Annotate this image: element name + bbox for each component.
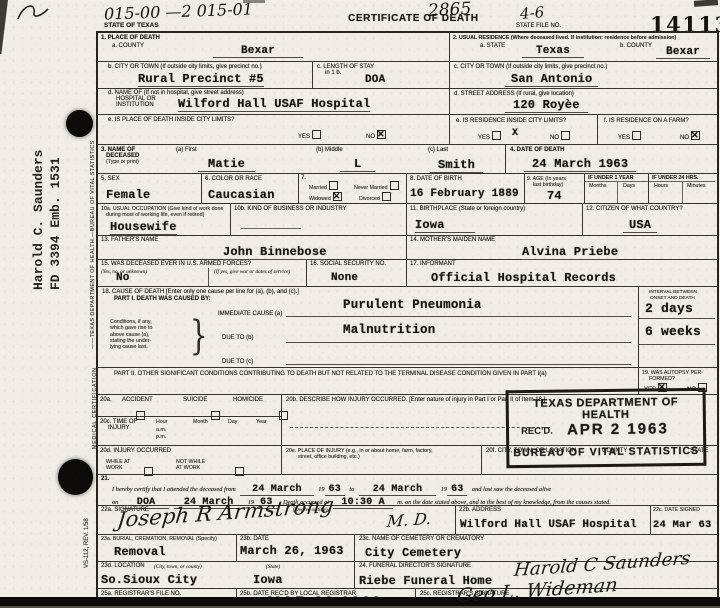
field-street-address: d. STREET ADDRESS (If rural, give locati… [450,89,716,114]
field-usual-occupation: 10a. USUAL OCCUPATION (Give kind of work… [98,204,231,235]
part2-label: PART II. OTHER SIGNIFICANT CONDITIONS CO… [114,371,629,378]
no-option: NO [366,130,388,141]
interval-a-value: 2 days [645,301,693,316]
yes-checkbox [632,131,641,140]
field-city-or-town-death: b. CITY OR TOWN (If outside city limits,… [98,62,313,88]
field-sex: 5. SEX Female [98,174,202,203]
handwritten-file-codes: 015-00 —2 015-01 [104,0,254,24]
suicide-label: SUICIDE [183,397,207,404]
field-if-under-24-hrs: IF UNDER 24 HRS. Hours Minutes [649,174,715,203]
no-label: NO [680,135,689,141]
field-number: 21. [101,476,109,483]
street-address-value: 120 Royèe [505,98,588,113]
field-death-inside-city-limits: e. IS PLACE OF DEATH INSIDE CITY LIMITS?… [98,115,450,144]
minutes-label: Minutes [687,183,706,189]
mother-value: Alvina Priebe [522,245,618,260]
field-label: 5. SEX [101,176,120,183]
no-option: NO [550,131,572,142]
edge-mark [0,0,9,54]
informant-value: Official Hospital Records [431,271,616,285]
sex-value: Female [106,188,150,202]
never-married-checkbox [390,181,399,190]
field-label: 1. PLACE OF DEATH [101,35,160,42]
age-value: 74 [547,189,562,203]
field-label-3: INSTITUTION [116,102,154,109]
field-label-2: in 1 b. [325,70,341,77]
state-of-texas-label: STATE OF TEXAS [104,22,159,30]
embalmer-stamp-text: Harold C. Saunders FD 3394 Emb. 1531 [30,120,64,290]
field-place-of-injury: 20e. PLACE OF INJURY (e.g., in or about … [282,446,482,474]
field-label-2: street, office building, etc.) [298,454,360,460]
field-label: 13. FATHER'S NAME [101,237,158,244]
sub-label-2: (If yes, give war or dates of service) [214,269,290,275]
year-label: Year [256,419,267,425]
county-value: Bexar [656,46,710,59]
hour-label: Hour [156,419,167,425]
father-value: John Binnebose [223,245,327,260]
widowed-option: Widowed [309,192,344,202]
cemetery-value: City Cemetery [365,546,461,560]
yes-option: YES [618,131,643,142]
race-value: Caucasian [208,188,275,202]
middle-name-value: L [340,157,375,172]
birthplace-value: Iowa [415,218,475,233]
field-label: b. CITY OR TOWN (If outside city limits,… [108,64,262,71]
last-name-value: Smith [430,158,483,173]
field-mothers-maiden-name: 14. MOTHER'S MAIDEN NAME Alvina Priebe [407,236,715,259]
while-at-work-option: WHILE ATWORK [106,459,130,472]
sub-label: a. STATE [480,43,505,50]
first-name-label: (a) First [176,147,197,154]
immediate-cause-label: IMMEDIATE CAUSE (a) [218,311,282,318]
hospital-value: Wilford Hall USAF Hospital [178,97,370,112]
sub-label: a. COUNTY [112,43,144,50]
stamp-line-1: TEXAS DEPARTMENT OF HEALTH [509,396,703,422]
field-informant: 17. INFORMANT Official Hospital Records [407,260,714,286]
field-date-of-death: 4. DATE OF DEATH 24 March 1963 [506,145,715,173]
first-name-value: Matie [198,157,255,172]
certify-text: on [112,499,118,506]
never-married-label: Never Married [354,185,388,191]
field-label: 16. SOCIAL SECURITY NO. [310,261,386,268]
no-checkbox [377,130,386,139]
location-city-value: So.Sioux City [101,573,197,587]
no-label: NO [550,135,559,141]
divorced-label: Divorced [359,196,380,202]
field-label: 17. INFORMANT [410,261,456,268]
field-residence-on-farm: f. IS RESIDENCE ON A FARM? YES NO [598,115,716,144]
field-label: 22c. DATE SIGNED [653,507,700,513]
field-label: 14. MOTHER'S MAIDEN NAME [410,237,495,244]
no-checkbox [691,131,700,140]
embalmer-number: FD 3394 Emb. 1531 [47,120,64,290]
field-label: 11. BIRTHPLACE (State or foreign country… [410,206,525,213]
stamp-date: APR 2 1963 [567,420,669,438]
while-at-work-label-2: WORK [106,465,122,471]
field-date-of-birth: 8. DATE OF BIRTH 16 February 1889 [407,174,525,203]
field-label-2: last birthday) [533,182,563,188]
field-label: 2. USUAL RESIDENCE (Where deceased lived… [453,35,676,41]
field-disposition-date: 23b. DATE March 26, 1963 [237,535,355,561]
field-certify-statement: 21. I hereby certify that I attended the… [98,475,715,505]
city-value: Rural Precinct #5 [138,72,264,87]
yes-option: YES [478,131,503,142]
sub-label: b. COUNTY [620,43,652,50]
no-option: NO [680,131,702,142]
married-label: Married [309,185,327,191]
field-label: 23d. LOCATION [101,563,145,570]
field-name-of-deceased: 3. NAME OF DECEASED (Type or print) (a) … [98,145,506,173]
field-disposition-location: 23d. LOCATION (City, town, or county) (S… [98,562,355,588]
part1-label: PART I. DEATH WAS CAUSED BY: [114,296,211,303]
field-accident-suicide-homicide: 20a. ACCIDENT SUICIDE HOMICIDE [98,395,281,417]
brace: } [190,313,208,359]
field-interval-onset-death: INTERVAL BETWEEN ONSET AND DEATH 2 days … [639,287,715,367]
field-place-of-death: 1. PLACE OF DEATH a. COUNTY Bexar [98,33,450,61]
no-checkbox [561,131,570,140]
field-cause-of-death: 18. CAUSE OF DEATH [Enter only one cause… [98,287,639,367]
field-label: 23c. NAME OF CEMETERY OR CREMATORY [359,536,484,543]
field-birthplace: 11. BIRTHPLACE (State or foreign country… [407,204,583,235]
divorced-checkbox [382,192,391,201]
yes-x-mark: X [512,128,518,139]
ssn-value: None [331,272,358,284]
date-of-death-value: 24 March 1963 [524,157,636,172]
field-marital-status: 7. Married Never Married Widowed Divorce… [299,174,407,203]
county-value: Bexar [213,45,303,58]
stamp-line-3: BUREAU OF VITAL STATISTICS [509,445,703,459]
conditions-note: Conditions, if any, which gave rise to a… [110,319,152,351]
married-checkbox [329,181,338,190]
certify-text: m. on the date stated above, and to the … [397,499,610,506]
field-label: 12. CITIZEN OF WHAT COUNTRY? [586,206,683,213]
edge-mark [694,0,718,7]
field-city-or-town-residence: c. CITY OR TOWN (If outside city limits,… [450,62,715,88]
field-physician-address: 22b. ADDRESS Wilford Hall USAF Hospital [456,506,651,534]
residence-city-value: San Antonio [505,72,598,87]
interval-header: INTERVAL BETWEEN [649,290,697,296]
last-name-label: (c) Last [428,147,448,154]
field-label: 22b. ADDRESS [459,507,501,514]
embalmer-name: Harold C. Saunders [30,120,47,290]
field-injury-occurred: 20d. INJURY OCCURRED WHILE ATWORK NOT WH… [98,446,282,474]
field-number: 20a. [100,397,112,404]
divorced-option: Divorced [359,192,393,202]
field-social-security-no: 16. SOCIAL SECURITY NO. None [307,260,407,286]
field-physician-signature: 22a. SIGNATURE (Degree or title) Joseph … [98,506,456,534]
field-label: 10b. KIND OF BUSINESS OR INDUSTRY [234,206,347,213]
due-to-b-value: Malnutrition [343,323,435,337]
punch-hole-bottom [58,459,93,495]
field-label: 20d. INJURY OCCURRED [100,448,171,455]
death-certificate-scan: 015-00 —2 015-01 STATE OF TEXAS CERTIFIC… [0,0,720,608]
yes-label: YES [298,134,310,140]
yes-checkbox [312,130,321,139]
stamp-line-2: REC'D. APR 2 1963 [509,420,703,442]
conditions-line: lying cause last. [110,344,152,350]
field-fathers-name: 13. FATHER'S NAME John Binnebose [98,236,407,259]
address-value: Wilford Hall USAF Hospital [460,519,637,531]
field-label-3: (Type or print) [106,159,139,165]
field-label: 8. DATE OF BIRTH [410,176,462,183]
field-label: f. IS RESIDENCE ON A FARM? [604,118,689,125]
field-age: 9. AGE (In years last birthday) 74 [525,174,585,203]
field-label: 15. WAS DECEASED EVER IN U.S. ARMED FORC… [101,261,251,268]
yes-label: YES [478,135,490,141]
due-to-b-label: DUE TO (b) [222,335,253,342]
handwritten-number-46: 4-6 [519,3,544,23]
yes-label: YES [618,135,630,141]
field-label-2: during most of working life, even if ret… [106,212,204,218]
field-if-under-1-year: IF UNDER 1 YEAR Months Days [585,174,649,203]
disposition-value: Removal [114,545,166,559]
field-label: 6. COLOR OR RACE [205,176,262,183]
location-state-value: Iowa [253,573,283,587]
middle-name-label: (b) Middle [316,147,343,154]
edge-mark [243,0,265,3]
am-label: a.m. [156,427,166,433]
certificate-form: 1. PLACE OF DEATH a. COUNTY Bexar 2. USU… [96,31,719,608]
date-of-birth-value: 16 February 1889 [410,188,519,200]
field-label: 24. FUNERAL DIRECTOR'S SIGNATURE [359,563,471,570]
months-label: Months [589,183,606,189]
day-label: Day [228,419,237,425]
widowed-label: Widowed [309,196,331,202]
accident-label: ACCIDENT [122,397,153,404]
occupation-value: Housewife [110,220,177,235]
field-hospital: d. NAME OF (If not in hospital, give str… [98,89,450,114]
pm-label: p.m. [156,434,166,440]
immediate-cause-value: Purulent Pneumonia [343,298,482,312]
field-residence-inside-city-limits: e. IS RESIDENCE INSIDE CITY LIMITS? YES … [450,115,598,144]
yes-option: YES [298,130,323,141]
field-date-signed: 22c. DATE SIGNED 24 Mar 63 [651,506,715,534]
field-label: 4. DATE OF DEATH [510,147,564,154]
field-label: 7. [301,175,306,182]
field-color-or-race: 6. COLOR OR RACE Caucasian [202,174,299,203]
injury-left-column: 20a. ACCIDENT SUICIDE HOMICIDE 20c. TIME… [98,395,282,445]
state-value: Texas [522,45,584,58]
field-label: e. IS PLACE OF DEATH INSIDE CITY LIMITS? [108,117,234,124]
field-label: c. CITY OR TOWN (If outside city limits,… [454,64,607,71]
field-burial-cremation-removal: 23a. BURIAL, CREMATION, REMOVAL (Specify… [98,535,237,561]
homicide-label: HOMICIDE [233,397,263,404]
field-label-2: INJURY [108,425,130,432]
punch-hole-top [66,110,93,137]
not-while-at-work-option: NOT WHILEAT WORK [176,459,205,472]
field-kind-of-business: 10b. KIND OF BUSINESS OR INDUSTRY [231,204,407,235]
state-sub-label: (State) [266,564,280,570]
field-armed-forces: 15. WAS DECEASED EVER IN U.S. ARMED FORC… [98,260,307,286]
date-signed-value: 24 Mar 63 [653,519,712,531]
hours-label: Hours [654,183,668,189]
never-married-option: Never Married [354,181,401,191]
field-label: 23a. BURIAL, CREMATION, REMOVAL (Specify… [101,536,217,542]
field-time-of-injury: 20c. TIME OF INJURY Hour a.m. p.m. Month… [98,417,281,446]
field-label: 23b. DATE [240,536,269,543]
handwritten-number-2865: 2865 [428,0,472,21]
stamp-recd-label: REC'D. [521,426,553,437]
physician-degree-handwritten: M. D. [386,509,432,531]
form-code-text: VS-112, REV. 1/58 [84,488,91,568]
widowed-checkbox [333,192,342,201]
yes-checkbox [492,131,501,140]
interval-b-value: 6 weeks [645,324,701,339]
no-label: NO [366,134,375,140]
disposition-date-value: March 26, 1963 [240,544,344,558]
handwritten-scribble [14,1,54,23]
due-to-c-label: DUE TO (c) [222,359,253,366]
field-usual-residence: 2. USUAL RESIDENCE (Where deceased lived… [450,33,716,61]
scan-edge-bar [0,597,720,606]
citizen-value: USA [623,218,657,233]
armed-forces-value: No [116,272,130,284]
received-stamp: TEXAS DEPARTMENT OF HEALTH REC'D. APR 2 … [506,388,707,468]
state-file-no-label: STATE FILE NO. [516,23,561,30]
city-sub-label: (City, town, or county) [154,564,202,570]
conditions-line: which gave rise to [110,325,152,331]
field-citizen-of: 12. CITIZEN OF WHAT COUNTRY? USA [583,204,715,235]
days-label: Days [623,183,635,189]
month-label: Month [193,419,208,425]
field-length-of-stay: c. LENGTH OF STAY in 1 b. DOA [313,62,450,88]
length-of-stay-value: DOA [365,74,385,86]
field-label: e. IS RESIDENCE INSIDE CITY LIMITS? [456,118,566,125]
not-while-label-2: AT WORK [176,465,200,471]
